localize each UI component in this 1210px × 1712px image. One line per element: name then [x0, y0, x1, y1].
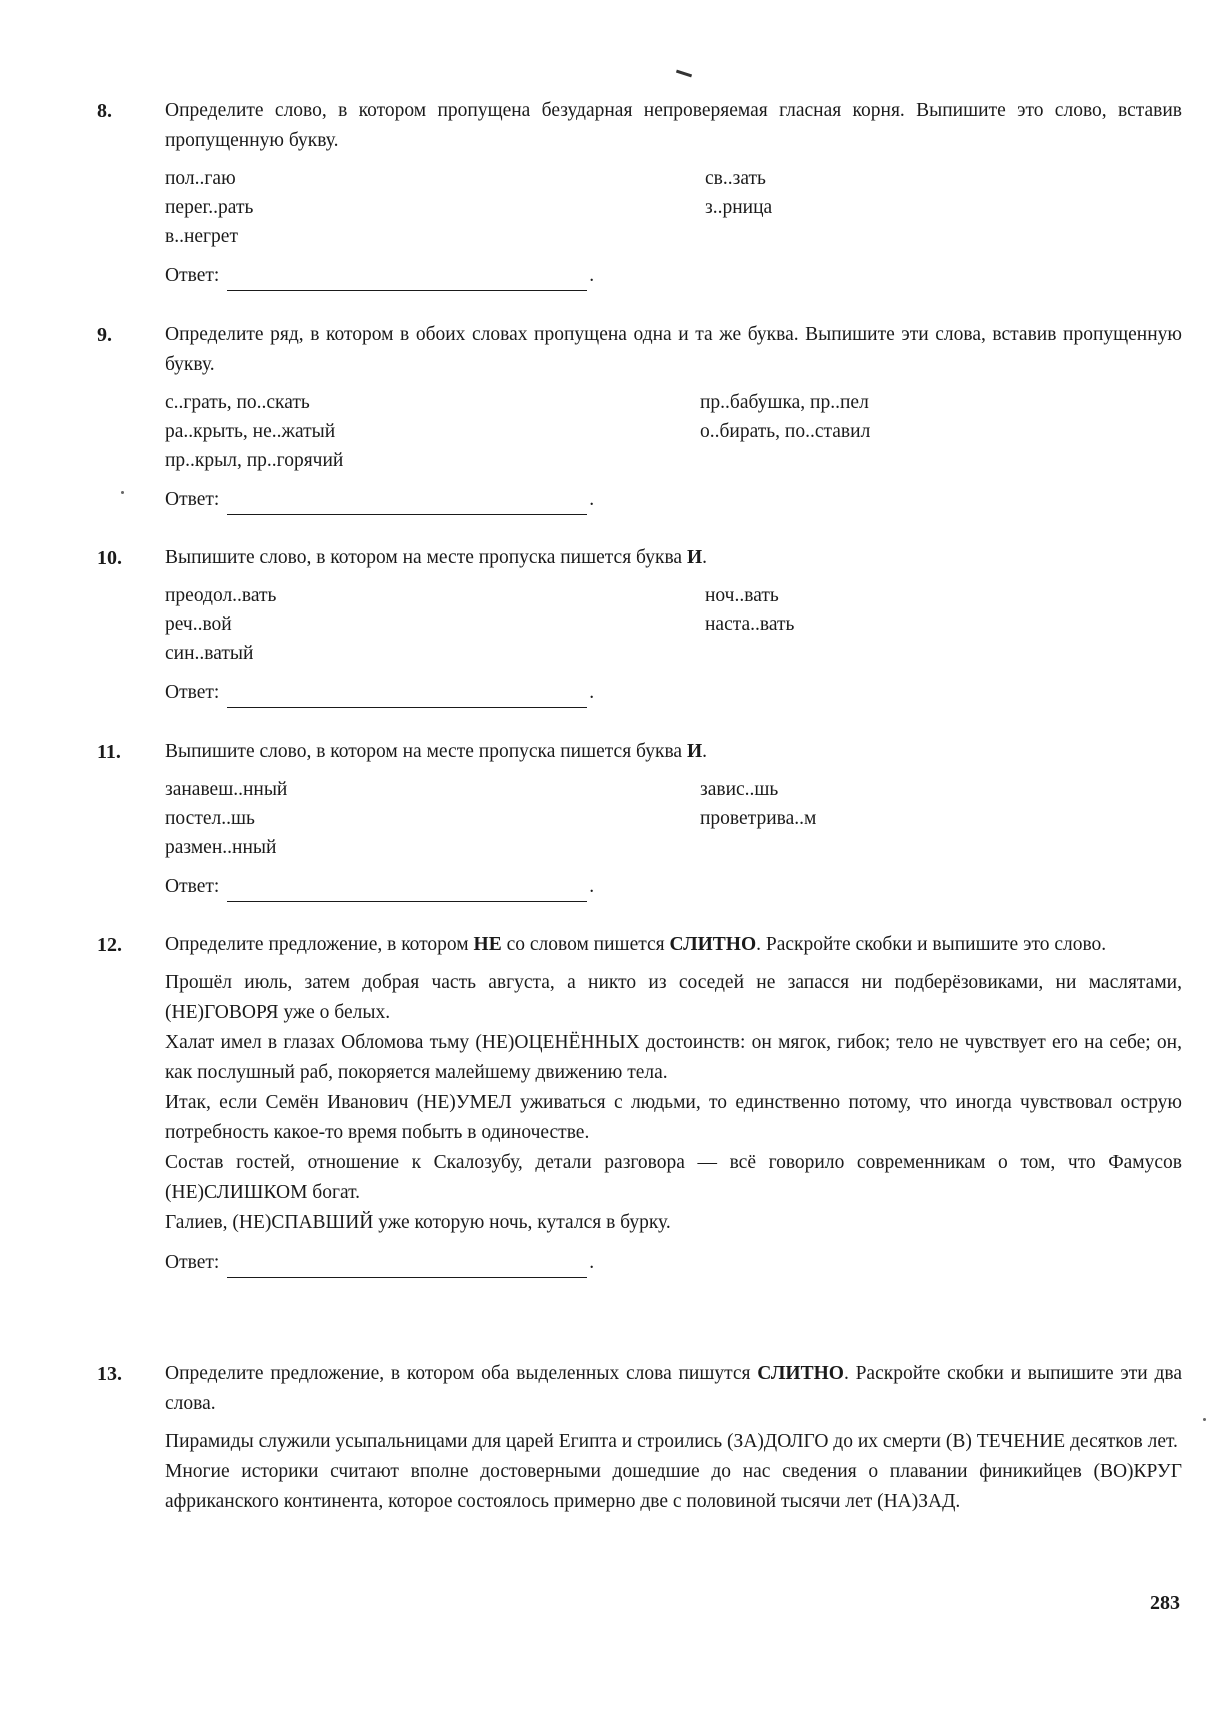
- answer-row: Ответ: .: [165, 872, 1182, 902]
- word-option: пр..бабушка, пр..пел: [700, 388, 1182, 417]
- word-option: з..рница: [705, 193, 1182, 222]
- task-number: 9.: [97, 320, 112, 350]
- answer-row: Ответ: .: [165, 261, 1182, 291]
- scan-mark: [676, 70, 692, 78]
- sentence-option: Итак, если Семён Иванович (НЕ)УМЕЛ ужива…: [165, 1088, 1182, 1148]
- task-prompt: Определите предложение, в котором оба вы…: [165, 1359, 1182, 1419]
- sentence-option: Халат имел в глазах Обломова тьму (НЕ)ОЦ…: [165, 1028, 1182, 1088]
- task-prompt: Определите слово, в котором пропущена бе…: [165, 96, 1182, 156]
- word-option: наста..вать: [705, 610, 1182, 639]
- task-prompt: Определите ряд, в котором в обоих словах…: [165, 320, 1182, 380]
- word-options: с..грать, по..скать пр..бабушка, пр..пел…: [165, 388, 1182, 475]
- word-option: в..негрет: [165, 222, 705, 251]
- word-option: проветрива..м: [700, 804, 1182, 833]
- task-9: 9. Определите ряд, в котором в обоих сло…: [97, 320, 1182, 515]
- answer-field[interactable]: [227, 1255, 587, 1278]
- task-10: 10. Выпишите слово, в котором на месте п…: [97, 543, 1182, 708]
- answer-dot: .: [589, 1248, 594, 1278]
- answer-dot: .: [589, 678, 594, 708]
- sentence-option: Многие историки считают вполне достоверн…: [165, 1457, 1182, 1517]
- word-option: пр..крыл, пр..горячий: [165, 446, 700, 475]
- word-options: преодол..вать ноч..вать реч..вой наста..…: [165, 581, 1182, 668]
- answer-label: Ответ:: [165, 872, 219, 902]
- word-option: ра..крыть, не..жатый: [165, 417, 700, 446]
- textbook-page: 8. Определите слово, в котором пропущена…: [0, 0, 1210, 1712]
- word-option: пол..гаю: [165, 164, 705, 193]
- task-prompt: Выпишите слово, в котором на месте пропу…: [165, 543, 1182, 573]
- sentence-list: Пирамиды служили усыпальницами для царей…: [165, 1427, 1182, 1517]
- task-number: 11.: [97, 737, 121, 767]
- sentence-option: Прошёл июль, затем добрая часть августа,…: [165, 968, 1182, 1028]
- task-number: 8.: [97, 96, 112, 126]
- task-12: 12. Определите предложение, в котором НЕ…: [97, 930, 1182, 1278]
- word-option: о..бирать, по..ставил: [700, 417, 1182, 446]
- word-option: св..зать: [705, 164, 1182, 193]
- word-option: постел..шь: [165, 804, 700, 833]
- answer-label: Ответ:: [165, 678, 219, 708]
- answer-dot: .: [589, 872, 594, 902]
- sentence-option: Состав гостей, отношение к Скалозубу, де…: [165, 1148, 1182, 1208]
- answer-field[interactable]: [227, 879, 587, 902]
- task-number: 13.: [97, 1359, 122, 1389]
- word-option: син..ватый: [165, 639, 705, 668]
- sentence-list: Прошёл июль, затем добрая часть августа,…: [165, 968, 1182, 1238]
- answer-dot: .: [589, 485, 594, 515]
- word-option: реч..вой: [165, 610, 705, 639]
- task-number: 12.: [97, 930, 122, 960]
- task-prompt: Выпишите слово, в котором на месте пропу…: [165, 737, 1182, 767]
- page-number: 283: [1150, 1592, 1180, 1615]
- word-option: перег..рать: [165, 193, 705, 222]
- answer-label: Ответ:: [165, 485, 219, 515]
- answer-row: Ответ: .: [165, 1248, 1182, 1278]
- sentence-option: Галиев, (НЕ)СПАВШИЙ уже которую ночь, ку…: [165, 1208, 1182, 1238]
- word-option: занавеш..нный: [165, 775, 700, 804]
- answer-row: Ответ: .: [165, 678, 1182, 708]
- answer-label: Ответ:: [165, 1248, 219, 1278]
- word-option: с..грать, по..скать: [165, 388, 700, 417]
- task-11: 11. Выпишите слово, в котором на месте п…: [97, 737, 1182, 902]
- answer-row: Ответ: .: [165, 485, 1182, 515]
- answer-field[interactable]: [227, 685, 587, 708]
- task-prompt: Определите предложение, в котором НЕ со …: [165, 930, 1182, 960]
- scan-speck: [1203, 1418, 1206, 1421]
- answer-label: Ответ:: [165, 261, 219, 291]
- word-options: занавеш..нный завис..шь постел..шь прове…: [165, 775, 1182, 862]
- word-option: преодол..вать: [165, 581, 705, 610]
- task-13: 13. Определите предложение, в котором об…: [97, 1359, 1182, 1517]
- answer-field[interactable]: [227, 268, 587, 291]
- answer-field[interactable]: [227, 492, 587, 515]
- sentence-option: Пирамиды служили усыпальницами для царей…: [165, 1427, 1182, 1457]
- word-option: размен..нный: [165, 833, 700, 862]
- word-options: пол..гаю св..зать перег..рать з..рница в…: [165, 164, 1182, 251]
- task-number: 10.: [97, 543, 122, 573]
- answer-dot: .: [589, 261, 594, 291]
- task-8: 8. Определите слово, в котором пропущена…: [97, 96, 1182, 291]
- word-option: ноч..вать: [705, 581, 1182, 610]
- word-option: завис..шь: [700, 775, 1182, 804]
